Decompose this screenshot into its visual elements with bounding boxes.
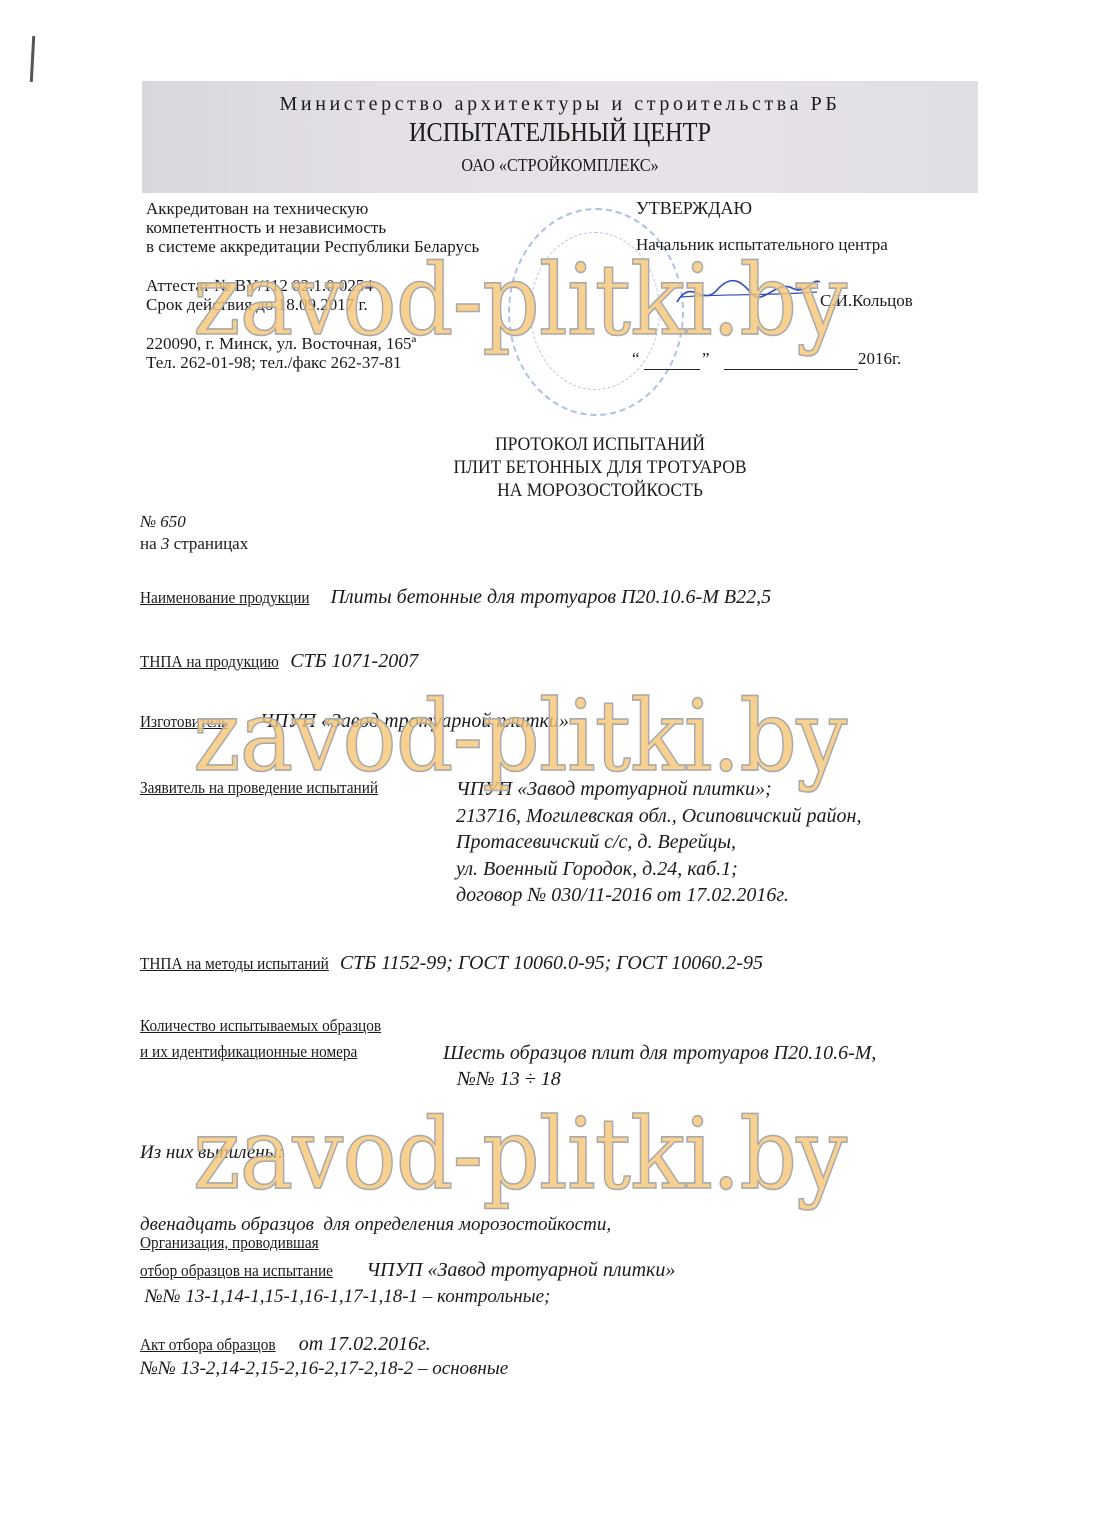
field-label: Акт отбора образцов: [140, 1335, 276, 1355]
pages-prefix: на: [140, 534, 161, 553]
applicant-line: ул. Военный Городок, д.24, каб.1;: [456, 856, 861, 883]
field-label: Наименование продукции: [140, 588, 310, 608]
signature-icon: [672, 272, 822, 312]
accreditation-block: Аккредитован на техническую компетентнос…: [146, 199, 479, 372]
applicant-line: ЧПУП «Завод тротуарной плитки»;: [456, 776, 861, 803]
document-title: ПРОТОКОЛ ИСПЫТАНИЙ ПЛИТ БЕТОННЫХ ДЛЯ ТРО…: [324, 433, 876, 502]
accreditation-line: компетентность и независимость: [146, 218, 479, 237]
cut-line: №№ 13-2,14-2,15-2,16-2,17-2,18-2 – основ…: [140, 1357, 611, 1381]
center-name: ИСПЫТАТЕЛЬНЫЙ ЦЕНТР: [184, 117, 936, 148]
field-value: от 17.02.2016г.: [299, 1333, 431, 1355]
field-samples-label: Количество испытываемых образцов: [140, 1016, 408, 1036]
protocol-number: № 650: [140, 512, 186, 532]
field-manufacturer: Изготовитель ЧПУП «Завод тротуарной плит…: [140, 710, 569, 733]
field-label: Заявитель на проведение испытаний: [140, 778, 378, 798]
letterhead-band: Министерство архитектуры и строительства…: [142, 81, 978, 193]
certificate-validity: Срок действия до 18.09.2017 г.: [146, 295, 479, 314]
page-count: на 3 страницах: [140, 534, 248, 554]
margin-pen-mark: [30, 36, 35, 82]
applicant-line: Протасевичский с/с, д. Верейцы,: [456, 829, 861, 856]
field-label: Организация, проводившая: [140, 1233, 319, 1253]
field-sampling-org-label: Организация, проводившая: [140, 1233, 339, 1253]
date-quote-open: “: [632, 349, 640, 368]
field-sampling-act: Акт отбора образцов от 17.02.2016г.: [140, 1333, 431, 1356]
phones: Тел. 262-01-98; тел./факс 262-37-81: [146, 353, 479, 372]
samples-line: №№ 13 ÷ 18: [443, 1066, 876, 1092]
title-line: ПЛИТ БЕТОННЫХ ДЛЯ ТРОТУАРОВ: [324, 456, 876, 479]
accreditation-line: в системе аккредитации Республики Белару…: [146, 237, 479, 256]
field-product-standard: ТНПА на продукцию СТБ 1071-2007: [140, 650, 418, 673]
ministry-name: Министерство архитектуры и строительства…: [142, 93, 978, 116]
field-label: ТНПА на продукцию: [140, 652, 279, 672]
date-quote-close: ”: [702, 349, 710, 368]
field-value: ЧПУП «Завод тротуарной плитки»: [366, 1259, 675, 1281]
field-test-methods: ТНПА на методы испытаний СТБ 1152-99; ГО…: [140, 952, 763, 975]
samples-line: Шесть образцов плит для тротуаров П20.10…: [443, 1040, 876, 1066]
title-line: ПРОТОКОЛ ИСПЫТАНИЙ: [324, 433, 876, 456]
certificate-number: Аттестат № BY/112 02.1.0.0254: [146, 276, 479, 295]
field-value: Плиты бетонные для тротуаров П20.10.6-М …: [330, 586, 771, 608]
field-applicant: Заявитель на проведение испытаний: [140, 778, 405, 798]
title-line: НА МОРОЗОСТОЙКОСТЬ: [324, 479, 876, 502]
applicant-line: договор № 030/11-2016 от 17.02.2016г.: [456, 882, 861, 909]
date-month-line: [724, 369, 858, 370]
cut-line: Из них выпилены:: [140, 1141, 611, 1165]
approver-name: С.И.Кольцов: [820, 291, 913, 310]
stamp-inner-ring: [530, 232, 660, 390]
applicant-details: ЧПУП «Завод тротуарной плитки»; 213716, …: [456, 776, 861, 909]
applicant-line: 213716, Могилевская обл., Осиповичский р…: [456, 803, 861, 830]
organization-name: ОАО «СТРОЙКОМПЛЕКС»: [184, 155, 936, 176]
date-day-line: [644, 369, 700, 370]
field-value: ЧПУП «Завод тротуарной плитки»: [260, 710, 569, 732]
approval-heading: УТВЕРЖДАЮ: [636, 199, 946, 218]
accreditation-line: Аккредитован на техническую: [146, 199, 479, 218]
field-label: и их идентификационные номера: [140, 1042, 357, 1062]
field-product-name: Наименование продукции Плиты бетонные дл…: [140, 586, 771, 609]
pages-suffix: страницах: [169, 534, 248, 553]
field-label: отбор образцов на испытание: [140, 1261, 333, 1281]
approver-position: Начальник испытательного центра: [636, 235, 946, 254]
field-samples: и их идентификационные номера: [140, 1042, 382, 1062]
approval-block: УТВЕРЖДАЮ Начальник испытательного центр…: [636, 199, 946, 254]
field-label: ТНПА на методы испытаний: [140, 954, 329, 974]
field-sampling-org: отбор образцов на испытание ЧПУП «Завод …: [140, 1259, 675, 1282]
field-label: Изготовитель: [140, 712, 228, 732]
field-value: СТБ 1152-99; ГОСТ 10060.0-95; ГОСТ 10060…: [340, 952, 763, 974]
cut-line: №№ 13-1,14-1,15-1,16-1,17-1,18-1 – контр…: [140, 1285, 611, 1309]
date-year: 2016г.: [858, 349, 901, 368]
address: 220090, г. Минск, ул. Восточная, 165ª: [146, 334, 479, 353]
samples-value: Шесть образцов плит для тротуаров П20.10…: [443, 1040, 876, 1092]
field-value: СТБ 1071-2007: [290, 650, 418, 672]
field-label: Количество испытываемых образцов: [140, 1016, 381, 1036]
